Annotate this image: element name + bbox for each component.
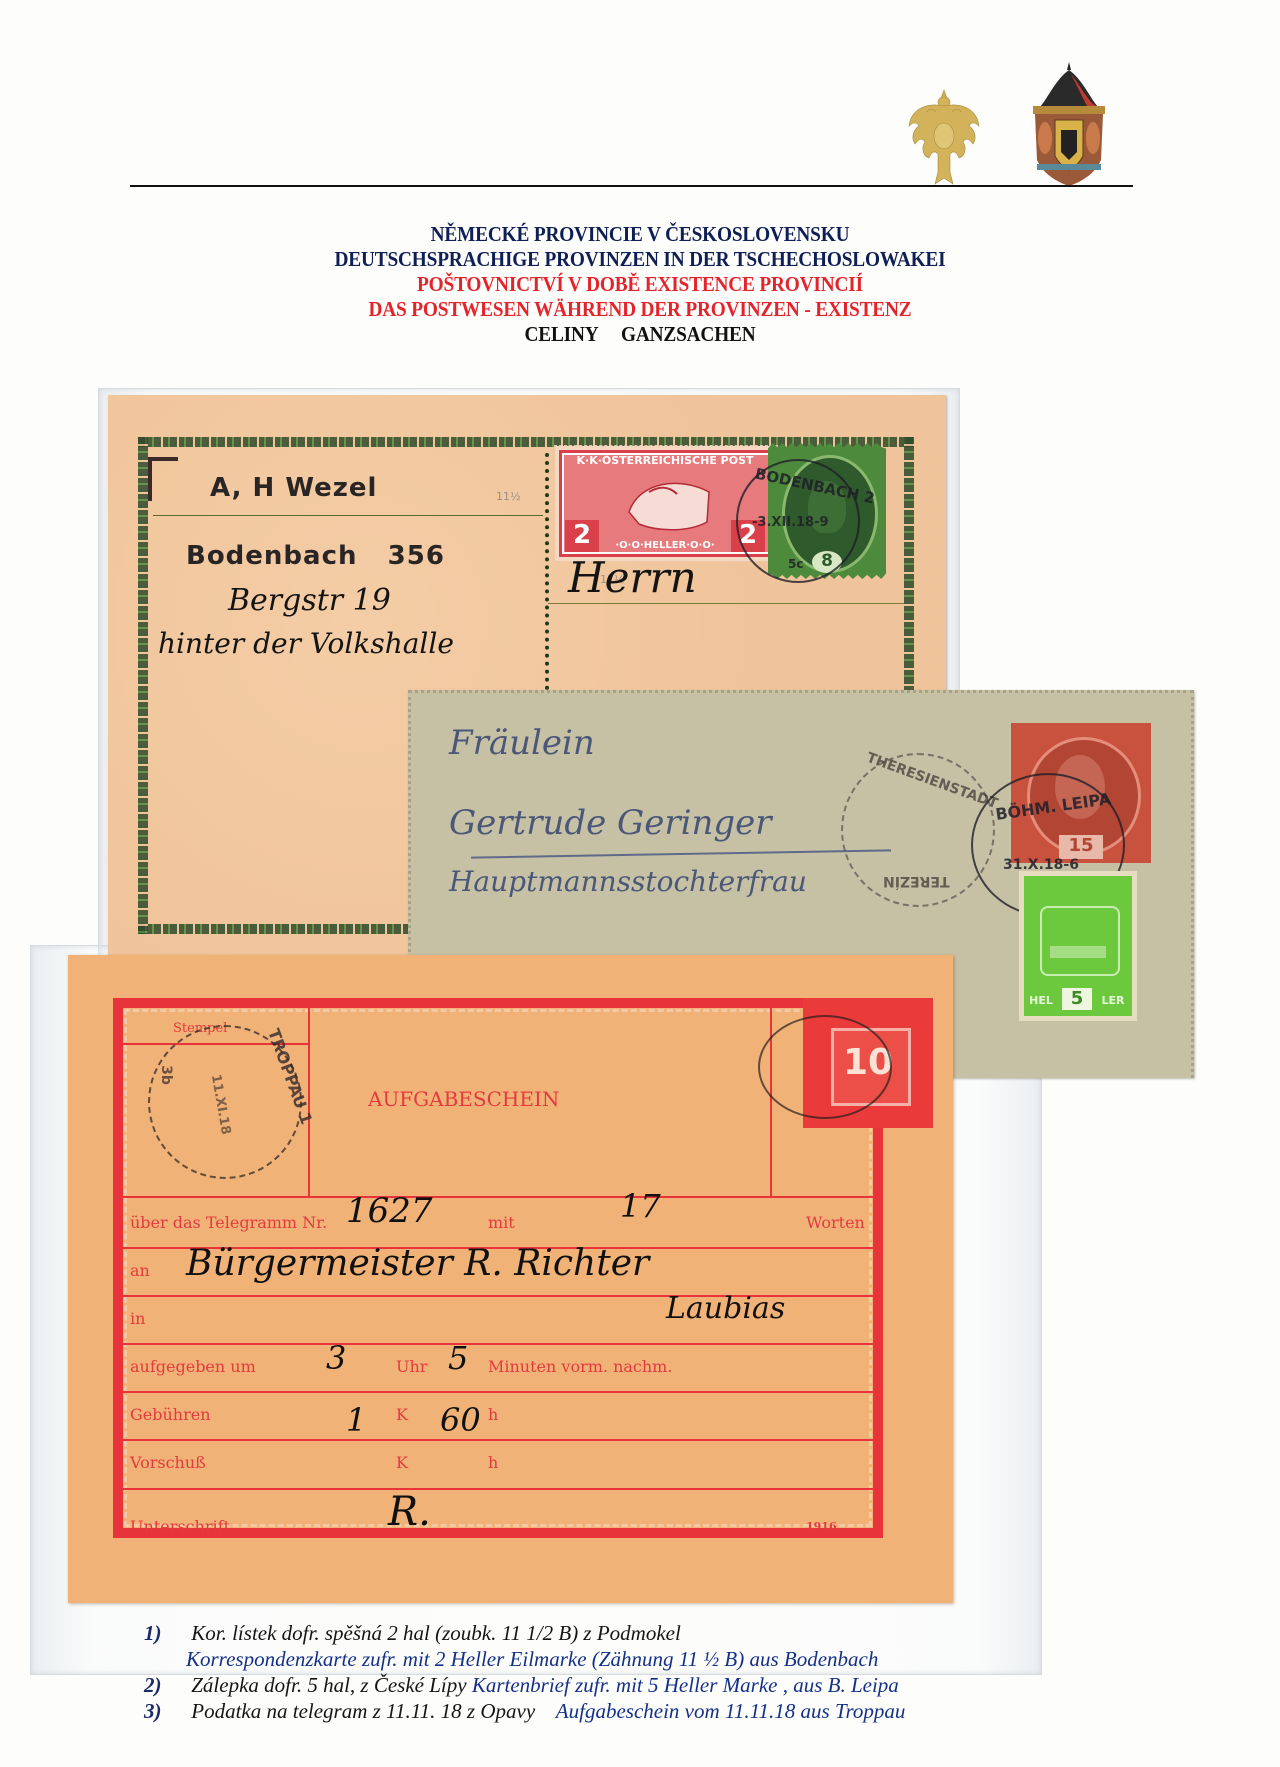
minutes-handwritten: 5 (448, 1339, 468, 1377)
addressee-herrn: Herrn (568, 553, 697, 602)
mercury-head-icon (619, 472, 719, 536)
k-label-fee: K (396, 1405, 408, 1424)
ornamental-border-top (138, 437, 914, 447)
crown-icon (1050, 946, 1106, 958)
word-count: 17 (620, 1187, 661, 1225)
hour-handwritten: 3 (326, 1339, 346, 1377)
fee-kronen: 1 (346, 1401, 366, 1439)
gebuehren-label: Gebühren (130, 1405, 211, 1424)
mit-label: mit (488, 1213, 515, 1232)
worten-label: Worten (806, 1213, 865, 1232)
subtitle-cz: POŠTOVNICTVÍ V DOBĚ EXISTENCE PROVINCIÍ (51, 272, 1229, 297)
minuten-label: Minuten vorm. nachm. (488, 1357, 672, 1376)
addressee-title: Hauptmannsstochterfrau (449, 865, 807, 898)
caption-1: 1) Kor. lístek dofr. spěšná 2 hal (zoubk… (186, 1620, 1186, 1646)
telegram-label: über das Telegramm Nr. (130, 1213, 327, 1232)
sender-name-stamp: A, H Wezel (210, 473, 377, 503)
an-label: an (130, 1261, 150, 1280)
print-year: 1916. (806, 1520, 840, 1533)
caption-3: 3) Podatka na telegram z 11.11. 18 z Opa… (186, 1698, 1186, 1724)
rubber-stamp-bracket (148, 457, 178, 501)
telegram-number: 1627 (346, 1191, 433, 1231)
postmark-troppau: TROPPAU 1 11.XI.18 3b (148, 1025, 302, 1179)
section-label: CELINY GANZSACHEN (51, 322, 1229, 347)
fee-heller: 60 (440, 1401, 481, 1439)
aufgegeben-label: aufgegeben um (130, 1357, 256, 1376)
recipient-handwritten: Bürgermeister R. Richter (186, 1243, 649, 1284)
ornamental-border-left (138, 437, 148, 934)
double-eagle-emblem-icon (905, 88, 983, 188)
sender-address-handwritten: hinter der Volkshalle (158, 627, 454, 660)
coat-of-arms-emblem-icon (1025, 60, 1113, 188)
header-rule (130, 185, 1133, 187)
destination-handwritten: Laubias (666, 1291, 785, 1326)
sender-town-stamp: Bodenbach 356 (186, 541, 445, 571)
in-label: in (130, 1309, 145, 1328)
page-titles: NĚMECKÉ PROVINCIE V ČESKOSLOVENSKU DEUTS… (0, 222, 1280, 347)
postmark-bodenbach: BODENBACH 2 -3.XII.18-9 5c (736, 459, 860, 583)
addressee-name: Gertrude Geringer (449, 803, 772, 843)
postmark-troppau-stamp (758, 1015, 892, 1119)
subtitle-de: DAS POSTWESEN WÄHREND DER PROVINZEN - EX… (51, 297, 1229, 322)
pencil-note-perf: 11½ (496, 490, 521, 503)
stamp-5-heller: HEL 5 LER (1019, 871, 1137, 1021)
sender-street-handwritten: Bergstr 19 (228, 583, 391, 618)
caption-1-de: Korrespondenzkarte zufr. mit 2 Heller Ei… (186, 1646, 1186, 1672)
title-cz: NĚMECKÉ PROVINCIE V ČESKOSLOVENSKU (51, 222, 1229, 247)
receipt-aufgabeschein: Stempel TROPPAU 1 11.XI.18 3b AUFGABESCH… (68, 955, 953, 1603)
k-label-advance: K (396, 1453, 408, 1472)
captions: 1) Kor. lístek dofr. spěšná 2 hal (zoubk… (186, 1620, 1186, 1724)
title-de: DEUTSCHSPRACHIGE PROVINZEN IN DER TSCHEC… (51, 247, 1229, 272)
vorschuss-label: Vorschuß (130, 1453, 206, 1472)
unterschrift-label: Unterschrift (130, 1517, 230, 1536)
h-label-fee: h (488, 1405, 498, 1424)
uhr-label: Uhr (396, 1357, 427, 1376)
caption-2: 2) Zálepka dofr. 5 hal, z České Lípy Kar… (186, 1672, 1186, 1698)
salutation-fraeulein: Fräulein (449, 723, 595, 763)
address-rule (548, 603, 904, 604)
sender-rule (153, 515, 543, 516)
signature: R. (388, 1489, 431, 1535)
form-title: AUFGABESCHEIN (368, 1087, 559, 1111)
underline-name (471, 849, 891, 858)
h-label-advance: h (488, 1453, 498, 1472)
